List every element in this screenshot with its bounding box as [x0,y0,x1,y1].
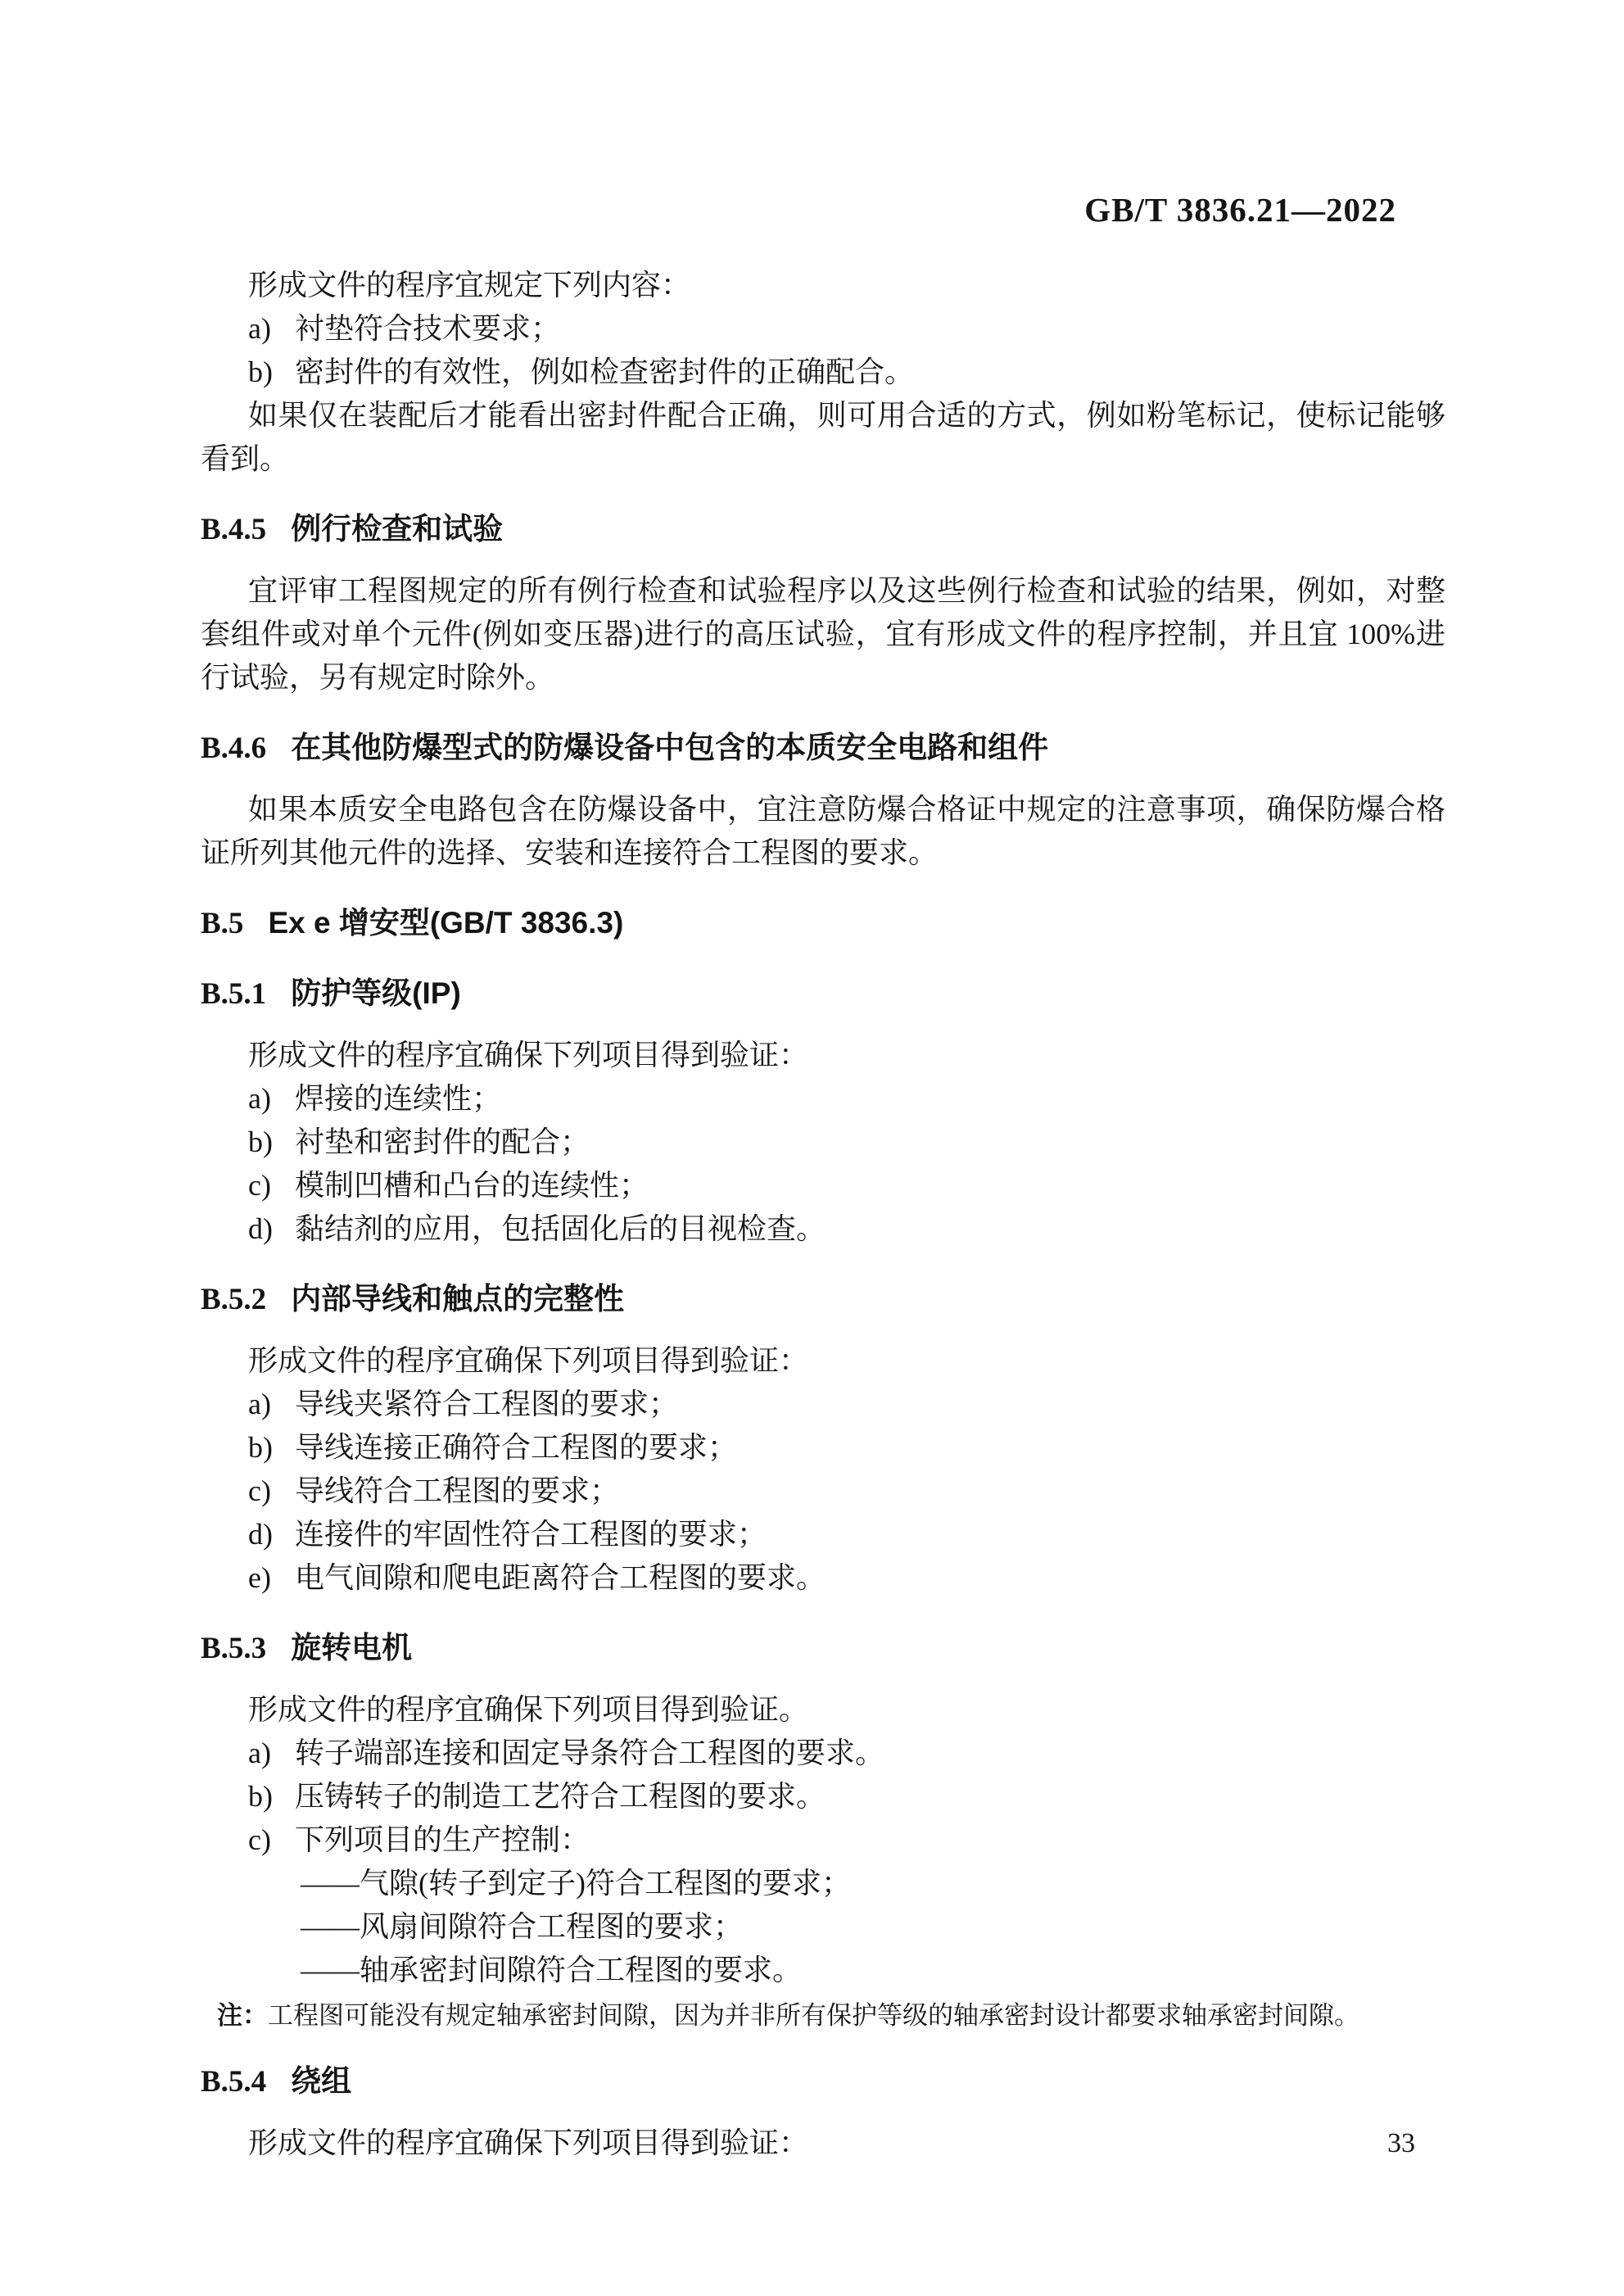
section-b5: B.5Ex e 增安型(GB/T 3836.3) [201,901,1445,945]
section-number: B.4.5 [201,513,266,546]
list-item: b)衬垫和密封件的配合； [248,1121,1445,1164]
list-item: a)焊接的连续性； [248,1077,1445,1121]
list-item-label: d) [248,1207,295,1251]
section-lead: 形成文件的程序宜确保下列项目得到验证： [201,1034,1445,1077]
section-title: Ex e 增安型(GB/T 3836.3) [268,906,623,940]
list-item-text: 转子端部连接和固定导条符合工程图的要求。 [295,1737,884,1769]
intro-lead: 形成文件的程序宜规定下列内容： [201,264,1445,307]
list-item-label: d) [248,1513,295,1556]
intro-block: 形成文件的程序宜规定下列内容： a)衬垫符合技术要求； b)密封件的有效性，例如… [201,264,1445,481]
list-item-label: e) [248,1556,295,1600]
list-item-text: 模制凹槽和凸台的连续性； [295,1169,649,1202]
list-item-text: 焊接的连续性； [295,1082,501,1115]
paragraph: 如果本质安全电路包含在防爆设备中，宜注意防爆合格证中规定的注意事项，确保防爆合格… [201,788,1445,875]
list-item-text: 压铸转子的制造工艺符合工程图的要求。 [295,1780,826,1813]
list-item-text: 连接件的牢固性符合工程图的要求； [295,1518,767,1551]
list-item-label: b) [248,1775,295,1818]
section-lead: 形成文件的程序宜确保下列项目得到验证： [201,2122,1445,2165]
section-heading: B.4.6在其他防爆型式的防爆设备中包含的本质安全电路和组件 [201,726,1445,770]
list-item-label: b) [248,1121,295,1164]
section-heading: B.5.4绕组 [201,2059,1445,2104]
list-item-text: 衬垫符合技术要求； [295,312,560,345]
standard-code-header: GB/T 3836.21—2022 [0,190,1396,229]
list-item-label: b) [248,351,295,394]
list-item-text: 导线符合工程图的要求； [295,1474,619,1507]
section-number: B.5.2 [201,1283,266,1316]
list-item-label: b) [248,1426,295,1470]
section-title: 内部导线和触点的完整性 [291,1282,624,1316]
list-item-text: 衬垫和密封件的配合； [295,1125,590,1158]
page-number: 33 [1387,2128,1415,2159]
list-item-label: c) [248,1470,295,1513]
section-lead: 形成文件的程序宜确保下列项目得到验证： [201,1339,1445,1383]
list-item: d)黏结剂的应用，包括固化后的目视检查。 [248,1207,1445,1251]
list-item-text: 黏结剂的应用，包括固化后的目视检查。 [295,1212,826,1245]
list-item-label: a) [248,1732,295,1775]
list-item-label: a) [248,307,295,351]
section-b5-3: B.5.3旋转电机 形成文件的程序宜确保下列项目得到验证。 a)转子端部连接和固… [201,1626,1445,2033]
note: 注：工程图可能没有规定轴承密封间隙，因为并非所有保护等级的轴承密封设计都要求轴承… [217,1999,1445,2033]
section-b4-6: B.4.6在其他防爆型式的防爆设备中包含的本质安全电路和组件 如果本质安全电路包… [201,726,1445,875]
section-b4-5: B.4.5例行检查和试验 宜评审工程图规定的所有例行检查和试验程序以及这些例行检… [201,507,1445,700]
section-number: B.5 [201,907,243,940]
section-title: 例行检查和试验 [291,512,503,546]
section-title: 在其他防爆型式的防爆设备中包含的本质安全电路和组件 [291,731,1048,764]
dash-item: ——气隙(转子到定子)符合工程图的要求； [301,1862,1445,1905]
section-number: B.5.4 [201,2065,266,2099]
section-title: 绕组 [291,2064,351,2098]
dash-item: ——轴承密封间隙符合工程图的要求。 [301,1949,1445,1992]
section-title: 防护等级(IP) [291,976,461,1010]
list-item: b)导线连接正确符合工程图的要求； [248,1426,1445,1470]
list-item: c)模制凹槽和凸台的连续性； [248,1164,1445,1207]
section-b5-2: B.5.2内部导线和触点的完整性 形成文件的程序宜确保下列项目得到验证： a)导… [201,1277,1445,1600]
section-heading: B.5.3旋转电机 [201,1626,1445,1670]
list-item: b)压铸转子的制造工艺符合工程图的要求。 [248,1775,1445,1818]
list-item: a)导线夹紧符合工程图的要求； [248,1383,1445,1426]
section-lead: 形成文件的程序宜确保下列项目得到验证。 [201,1688,1445,1732]
section-heading: B.5.1防护等级(IP) [201,971,1445,1016]
document-page: GB/T 3836.21—2022 形成文件的程序宜规定下列内容： a)衬垫符合… [0,0,1624,2296]
list-item: a)衬垫符合技术要求； [248,307,1445,351]
page-content: 形成文件的程序宜规定下列内容： a)衬垫符合技术要求； b)密封件的有效性，例如… [201,264,1445,2165]
section-title: 旋转电机 [291,1631,412,1664]
list-item-text: 密封件的有效性，例如检查密封件的正确配合。 [295,355,914,388]
list-item-text: 下列项目的生产控制： [295,1823,590,1856]
list-item-label: c) [248,1818,295,1862]
section-b5-4: B.5.4绕组 形成文件的程序宜确保下列项目得到验证： [201,2059,1445,2165]
list-item: c)导线符合工程图的要求； [248,1470,1445,1513]
note-text: 工程图可能没有规定轴承密封间隙，因为并非所有保护等级的轴承密封设计都要求轴承密封… [268,2001,1359,2030]
list-item: a)转子端部连接和固定导条符合工程图的要求。 [248,1732,1445,1775]
list-item-text: 电气间隙和爬电距离符合工程图的要求。 [295,1561,826,1594]
list-item: b)密封件的有效性，例如检查密封件的正确配合。 [248,351,1445,394]
list-item-label: c) [248,1164,295,1207]
section-number: B.5.3 [201,1632,266,1665]
list-item-label: a) [248,1077,295,1121]
section-heading: B.4.5例行检查和试验 [201,507,1445,551]
paragraph: 宜评审工程图规定的所有例行检查和试验程序以及这些例行检查和试验的结果，例如，对整… [201,569,1445,700]
list-item: c)下列项目的生产控制： [248,1818,1445,1862]
section-number: B.5.1 [201,977,266,1011]
paragraph: 如果仅在装配后才能看出密封件配合正确，则可用合适的方式，例如粉笔标记，使标记能够… [201,394,1445,481]
note-label: 注： [217,2001,268,2030]
section-heading: B.5Ex e 增安型(GB/T 3836.3) [201,901,1445,945]
list-item: d)连接件的牢固性符合工程图的要求； [248,1513,1445,1556]
list-item-label: a) [248,1383,295,1426]
section-heading: B.5.2内部导线和触点的完整性 [201,1277,1445,1321]
list-item-text: 导线夹紧符合工程图的要求； [295,1388,678,1420]
list-item-text: 导线连接正确符合工程图的要求； [295,1431,737,1464]
section-b5-1: B.5.1防护等级(IP) 形成文件的程序宜确保下列项目得到验证： a)焊接的连… [201,971,1445,1251]
section-number: B.4.6 [201,731,266,765]
list-item: e)电气间隙和爬电距离符合工程图的要求。 [248,1556,1445,1600]
dash-item: ——风扇间隙符合工程图的要求； [301,1905,1445,1949]
